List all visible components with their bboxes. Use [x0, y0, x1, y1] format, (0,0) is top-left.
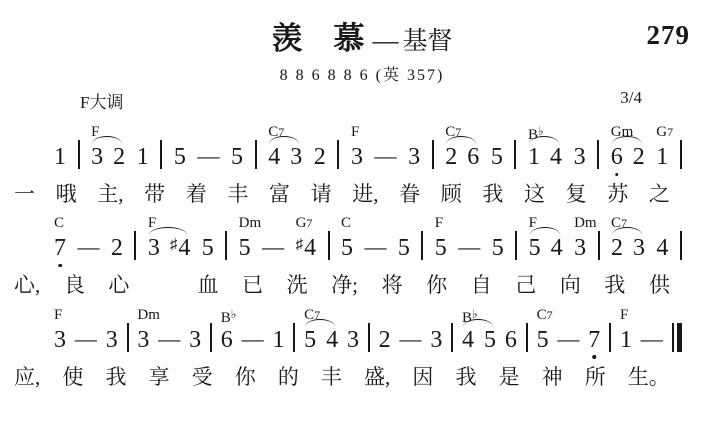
lyric-syllable: 我 [482, 181, 503, 208]
barline [680, 140, 682, 169]
note-group: 45B♭ [462, 328, 496, 352]
note-number: 6 [505, 328, 517, 352]
note: 3 [574, 145, 586, 169]
note: 4 [656, 236, 668, 260]
note: 4 [550, 145, 562, 169]
note: 5 [398, 236, 410, 260]
note-number: 4 [550, 145, 562, 169]
note: 3 [91, 145, 103, 169]
barline [255, 140, 257, 169]
lyric-syllable: 净; [331, 272, 358, 299]
note-number: 3 [574, 145, 586, 169]
chord-label: F [351, 125, 359, 140]
barline [78, 140, 80, 169]
final-barline [672, 323, 682, 352]
note: 5F [435, 236, 447, 260]
chord-label: Dm [239, 216, 262, 231]
lyric-syllable: 使 [62, 364, 83, 391]
chord-label: F [435, 216, 443, 231]
note-number: 5 [435, 236, 447, 260]
chord-char: m [585, 215, 597, 231]
chord-label: B♭ [462, 308, 478, 326]
note: 5 [231, 145, 243, 169]
lyric-syllable: 享 [149, 364, 170, 391]
note-number: 5 [174, 145, 186, 169]
final-bar-thin [672, 323, 674, 352]
note-number: 5 [537, 328, 549, 352]
low-octave-dot-icon [593, 355, 597, 359]
note: 3 [189, 328, 201, 352]
note-number: 1 [620, 328, 632, 352]
chord-char: B [221, 310, 231, 326]
low-octave-dot-icon [58, 264, 62, 268]
note: ♯4 [170, 236, 191, 260]
barline [328, 231, 330, 260]
note: 5 [202, 236, 214, 260]
note-number: 3 [54, 328, 66, 352]
barline [421, 231, 423, 260]
lyric-syllable: 进, [352, 181, 378, 208]
lyric-syllable: 心 [108, 272, 129, 299]
note-number: 4 [551, 236, 563, 260]
lyric-syllable: 请 [311, 181, 332, 208]
note-number: 3 [148, 236, 160, 260]
barline [293, 323, 295, 352]
lyric-syllable: 是 [499, 364, 520, 391]
barline [514, 140, 516, 169]
note-group: 26C7 [445, 145, 479, 169]
note: 3 [148, 236, 160, 260]
chord-label: C7 [611, 216, 627, 231]
note-number: 5 [529, 236, 541, 260]
barline [210, 323, 212, 352]
note-group: 32F [91, 145, 125, 169]
lyric-syllable: 已 [242, 272, 263, 299]
title-dash: — [372, 26, 398, 55]
lyric-syllable: 眷 [399, 181, 420, 208]
chord-char: G [296, 215, 307, 231]
chord-char: F [54, 307, 62, 323]
lyric-syllable: 神 [542, 364, 563, 391]
note-number: 5 [491, 145, 503, 169]
note: 3Dm [574, 236, 586, 260]
meter-line: 8 8 6 8 8 6 (英 357) [0, 62, 724, 85]
note: 2 [445, 145, 457, 169]
barline [515, 231, 517, 260]
chord-label: C [341, 216, 351, 231]
duration-dash: — [242, 326, 264, 352]
chord-char: C [304, 307, 314, 323]
lyrics-line: 应,使我享受你的丰盛,因我是神所生。 [14, 364, 670, 391]
lyric-syllable: 心, [14, 272, 40, 299]
chord-char: C [611, 215, 621, 231]
note-number: 3 [347, 328, 359, 352]
notation-line: 3F—33Dm—36B♭—154C732—345B♭65C7—71F— [54, 322, 682, 352]
note-number: 3 [351, 145, 363, 169]
note-number: 4 [462, 328, 474, 352]
note-group: 43C7 [268, 145, 302, 169]
time-signature: 3/4 [620, 88, 642, 113]
note-number: 2 [111, 236, 123, 260]
chord-char: F [620, 307, 628, 323]
lyric-syllable: 我 [604, 272, 625, 299]
note: 5 [484, 328, 496, 352]
note-number: 4 [268, 145, 280, 169]
duration-dash: — [400, 326, 422, 352]
notation-line: 132F15—543C723F—326C7514B♭362Gm1G7 [54, 139, 682, 169]
lyric-syllable: 我 [455, 364, 476, 391]
lyric-syllable: 哦 [56, 181, 77, 208]
note: 1 [528, 145, 540, 169]
barline [597, 140, 599, 169]
chord-char: C [537, 307, 547, 323]
barline [127, 323, 129, 352]
final-bar-thick [677, 323, 682, 352]
note: ♯4G7 [296, 236, 317, 260]
lyric-syllable: 你 [235, 364, 256, 391]
lyric-syllable: 自 [471, 272, 492, 299]
chord-label: B♭ [528, 125, 544, 143]
note-number: 3 [633, 236, 645, 260]
chord-label: Gm [611, 125, 634, 140]
lyric-syllable: 之 [649, 181, 670, 208]
chord-label: B♭ [221, 308, 237, 326]
barline [337, 140, 339, 169]
chord-label: F [148, 216, 156, 231]
chord-label: C7 [537, 308, 553, 323]
note-number: 4 [326, 328, 338, 352]
note: 4 [462, 328, 474, 352]
note: 3 [633, 236, 645, 260]
note-number: 3 [408, 145, 420, 169]
note-number: 1 [656, 145, 668, 169]
note: 5Dm [239, 236, 251, 260]
note: 2 [633, 145, 645, 169]
notation-line: 7C—23♯4F55Dm—♯4G75C—55F—554F3Dm23C74 [54, 230, 682, 260]
note-number: 5 [341, 236, 353, 260]
note: 1 [54, 145, 66, 169]
duration-dash: — [75, 326, 97, 352]
lyric-syllable: 向 [560, 272, 581, 299]
note: 3 [430, 328, 442, 352]
sharp-icon: ♯ [170, 238, 178, 253]
chord-label: F [91, 125, 99, 140]
chord-char: 7 [455, 125, 461, 139]
barline [526, 323, 528, 352]
note-number: 2 [379, 328, 391, 352]
note-number: 3 [189, 328, 201, 352]
flat-icon: ♭ [472, 307, 478, 321]
note-number: 3 [430, 328, 442, 352]
lyric-syllable: 血 [198, 272, 219, 299]
flat-icon: ♭ [538, 124, 544, 138]
chord-char: C [54, 215, 64, 231]
note-group: 23C7 [611, 236, 645, 260]
note: 4 [551, 236, 563, 260]
note-number: 3 [574, 236, 586, 260]
lyric-syllable: 洗 [287, 272, 308, 299]
chord-char: 7 [547, 308, 553, 322]
hymn-page: 279 羡 慕—基督 8 8 6 8 8 6 (英 357) F大调 3/4 1… [0, 0, 724, 428]
chord-label: G7 [656, 125, 673, 140]
barline [134, 231, 136, 260]
low-octave-dot-icon [615, 173, 619, 177]
chord-label: F [529, 216, 537, 231]
note-number: 4 [178, 236, 190, 260]
chord-char: B [462, 310, 472, 326]
chord-char: m [622, 124, 634, 140]
lyric-syllable: 主, [97, 181, 123, 208]
title-row: 羡 慕—基督 [0, 20, 724, 57]
barline [451, 323, 453, 352]
chord-char: C [268, 124, 278, 140]
note-number: 2 [445, 145, 457, 169]
chord-char: 7 [667, 125, 673, 139]
lyric-syllable: 供 [649, 272, 670, 299]
note-group: 62Gm [611, 145, 645, 169]
note: 6 [467, 145, 479, 169]
chord-label: F [54, 308, 62, 323]
note: 3F [351, 145, 363, 169]
note-number: 5 [492, 236, 504, 260]
chord-label: C7 [304, 308, 320, 323]
barline [225, 231, 227, 260]
note-group: 54C7 [304, 328, 338, 352]
duration-dash: — [158, 326, 180, 352]
note-number: 1 [272, 328, 284, 352]
chord-char: G [611, 124, 622, 140]
note: 1F [620, 328, 632, 352]
lyric-syllable: 的 [278, 364, 299, 391]
note-number: 2 [113, 145, 125, 169]
chord-char: F [351, 124, 359, 140]
note-number: 7 [588, 328, 600, 352]
chord-label: C [54, 216, 64, 231]
lyric-syllable [153, 272, 174, 299]
music-system: 132F15—543C723F—326C7514B♭362Gm1G7一哦主,带着… [40, 139, 684, 208]
chord-label: C7 [445, 125, 461, 140]
chord-char: D [137, 307, 148, 323]
note: 5 [492, 236, 504, 260]
note-number: 4 [304, 236, 316, 260]
chord-label: G7 [296, 216, 313, 231]
barline [368, 323, 370, 352]
lyric-syllable: 我 [105, 364, 126, 391]
note-number: 3 [137, 328, 149, 352]
key-label: F大调 [80, 88, 123, 113]
lyric-syllable: 带 [144, 181, 165, 208]
chord-char: F [148, 215, 156, 231]
lyric-syllable: 盛, [364, 364, 390, 391]
note-number: 6 [467, 145, 479, 169]
chord-char: B [528, 127, 538, 143]
chord-char: C [445, 124, 455, 140]
lyric-syllable: 良 [64, 272, 85, 299]
note: 2 [111, 236, 123, 260]
chord-char: F [435, 215, 443, 231]
chord-label: C7 [268, 125, 284, 140]
note: 3Dm [137, 328, 149, 352]
note: 1 [272, 328, 284, 352]
barline [680, 231, 682, 260]
music-system: 7C—23♯4F55Dm—♯4G75C—55F—554F3Dm23C74心,良心… [40, 230, 684, 299]
note: 3 [290, 145, 302, 169]
note: 5 [491, 145, 503, 169]
chord-char: 7 [621, 216, 627, 230]
flat-icon: ♭ [231, 307, 237, 321]
note: 3 [106, 328, 118, 352]
lyric-syllable: 着 [186, 181, 207, 208]
lyric-syllable: 你 [426, 272, 447, 299]
lyrics-line: 一哦主,带着丰富请进,眷顾我这复苏之 [14, 181, 670, 208]
lyric-syllable: 将 [382, 272, 403, 299]
duration-dash: — [77, 234, 99, 260]
chord-char: m [250, 215, 262, 231]
duration-dash: — [557, 326, 579, 352]
note: 3 [408, 145, 420, 169]
note: 4 [326, 328, 338, 352]
note-number: 1 [54, 145, 66, 169]
barline [160, 140, 162, 169]
note-number: 5 [484, 328, 496, 352]
hymn-title: 羡 慕 [271, 21, 364, 56]
note-number: 5 [304, 328, 316, 352]
lyric-syllable: 苏 [607, 181, 628, 208]
note-number: 5 [398, 236, 410, 260]
note-group: 3♯4F [148, 236, 191, 260]
duration-dash: — [262, 234, 284, 260]
note: 3 [347, 328, 359, 352]
note-group: 14B♭ [528, 145, 562, 169]
chord-char: C [341, 215, 351, 231]
note: 1 [137, 145, 149, 169]
note: 6 [505, 328, 517, 352]
note-number: 2 [611, 236, 623, 260]
chord-char: F [91, 124, 99, 140]
lyric-syllable: 所 [585, 364, 606, 391]
note-number: 5 [239, 236, 251, 260]
sharp-icon: ♯ [296, 238, 304, 253]
chord-label: Dm [574, 216, 597, 231]
chord-label: Dm [137, 308, 160, 323]
systems: 132F15—543C723F—326C7514B♭362Gm1G7一哦主,带着… [0, 113, 724, 391]
note: 5C7 [537, 328, 549, 352]
chord-char: 7 [278, 125, 284, 139]
barline [432, 140, 434, 169]
note: 4 [268, 145, 280, 169]
lyric-syllable: 因 [412, 364, 433, 391]
note-number: 3 [91, 145, 103, 169]
note: 5 [174, 145, 186, 169]
note-number: 6 [221, 328, 233, 352]
note: 7C [54, 236, 66, 260]
chord-char: m [148, 307, 160, 323]
hymn-subtitle: 基督 [402, 28, 452, 55]
note-number: 3 [290, 145, 302, 169]
note: 5 [304, 328, 316, 352]
lyric-syllable: 丰 [227, 181, 248, 208]
lyrics-line: 心,良心血已洗净;将你自己向我供 [14, 272, 670, 299]
chord-char: G [656, 124, 667, 140]
note: 1G7 [656, 145, 668, 169]
hymn-number: 279 [647, 20, 691, 51]
note: 2 [379, 328, 391, 352]
chord-char: D [239, 215, 250, 231]
duration-dash: — [375, 143, 397, 169]
lyric-syllable: 一 [14, 181, 35, 208]
note: 7 [588, 328, 600, 352]
note: 6B♭ [221, 328, 233, 352]
note: 5C [341, 236, 353, 260]
note-number: 5 [231, 145, 243, 169]
note-number: 6 [611, 145, 623, 169]
note: 3F [54, 328, 66, 352]
note: 2 [314, 145, 326, 169]
note-number: 2 [314, 145, 326, 169]
duration-dash: — [641, 326, 663, 352]
barline [598, 231, 600, 260]
chord-char: 7 [314, 308, 320, 322]
chord-char: F [529, 215, 537, 231]
note-number: 1 [137, 145, 149, 169]
note-number: 2 [633, 145, 645, 169]
lyric-syllable: 己 [515, 272, 536, 299]
lyric-syllable: 受 [192, 364, 213, 391]
note-number: 5 [202, 236, 214, 260]
chord-char: 7 [306, 216, 312, 230]
key-signature-row: F大调 3/4 [0, 88, 724, 113]
duration-dash: — [197, 143, 219, 169]
note-group: 54F [529, 236, 563, 260]
note: 2 [611, 236, 623, 260]
lyric-syllable: 富 [269, 181, 290, 208]
chord-char: D [574, 215, 585, 231]
lyric-syllable: 顾 [441, 181, 462, 208]
note-number: 7 [54, 236, 66, 260]
note-number: 4 [656, 236, 668, 260]
music-system: 3F—33Dm—36B♭—154C732—345B♭65C7—71F—应,使我享… [40, 322, 684, 391]
duration-dash: — [364, 234, 386, 260]
barline [609, 323, 611, 352]
chord-label: F [620, 308, 628, 323]
note: 5 [529, 236, 541, 260]
duration-dash: — [458, 234, 480, 260]
note-number: 1 [528, 145, 540, 169]
lyric-syllable: 生。 [628, 364, 670, 391]
note: 6 [611, 145, 623, 169]
lyric-syllable: 这 [524, 181, 545, 208]
note: 2 [113, 145, 125, 169]
lyric-syllable: 丰 [321, 364, 342, 391]
lyric-syllable: 复 [566, 181, 587, 208]
lyric-syllable: 应, [14, 364, 40, 391]
note-number: 3 [106, 328, 118, 352]
